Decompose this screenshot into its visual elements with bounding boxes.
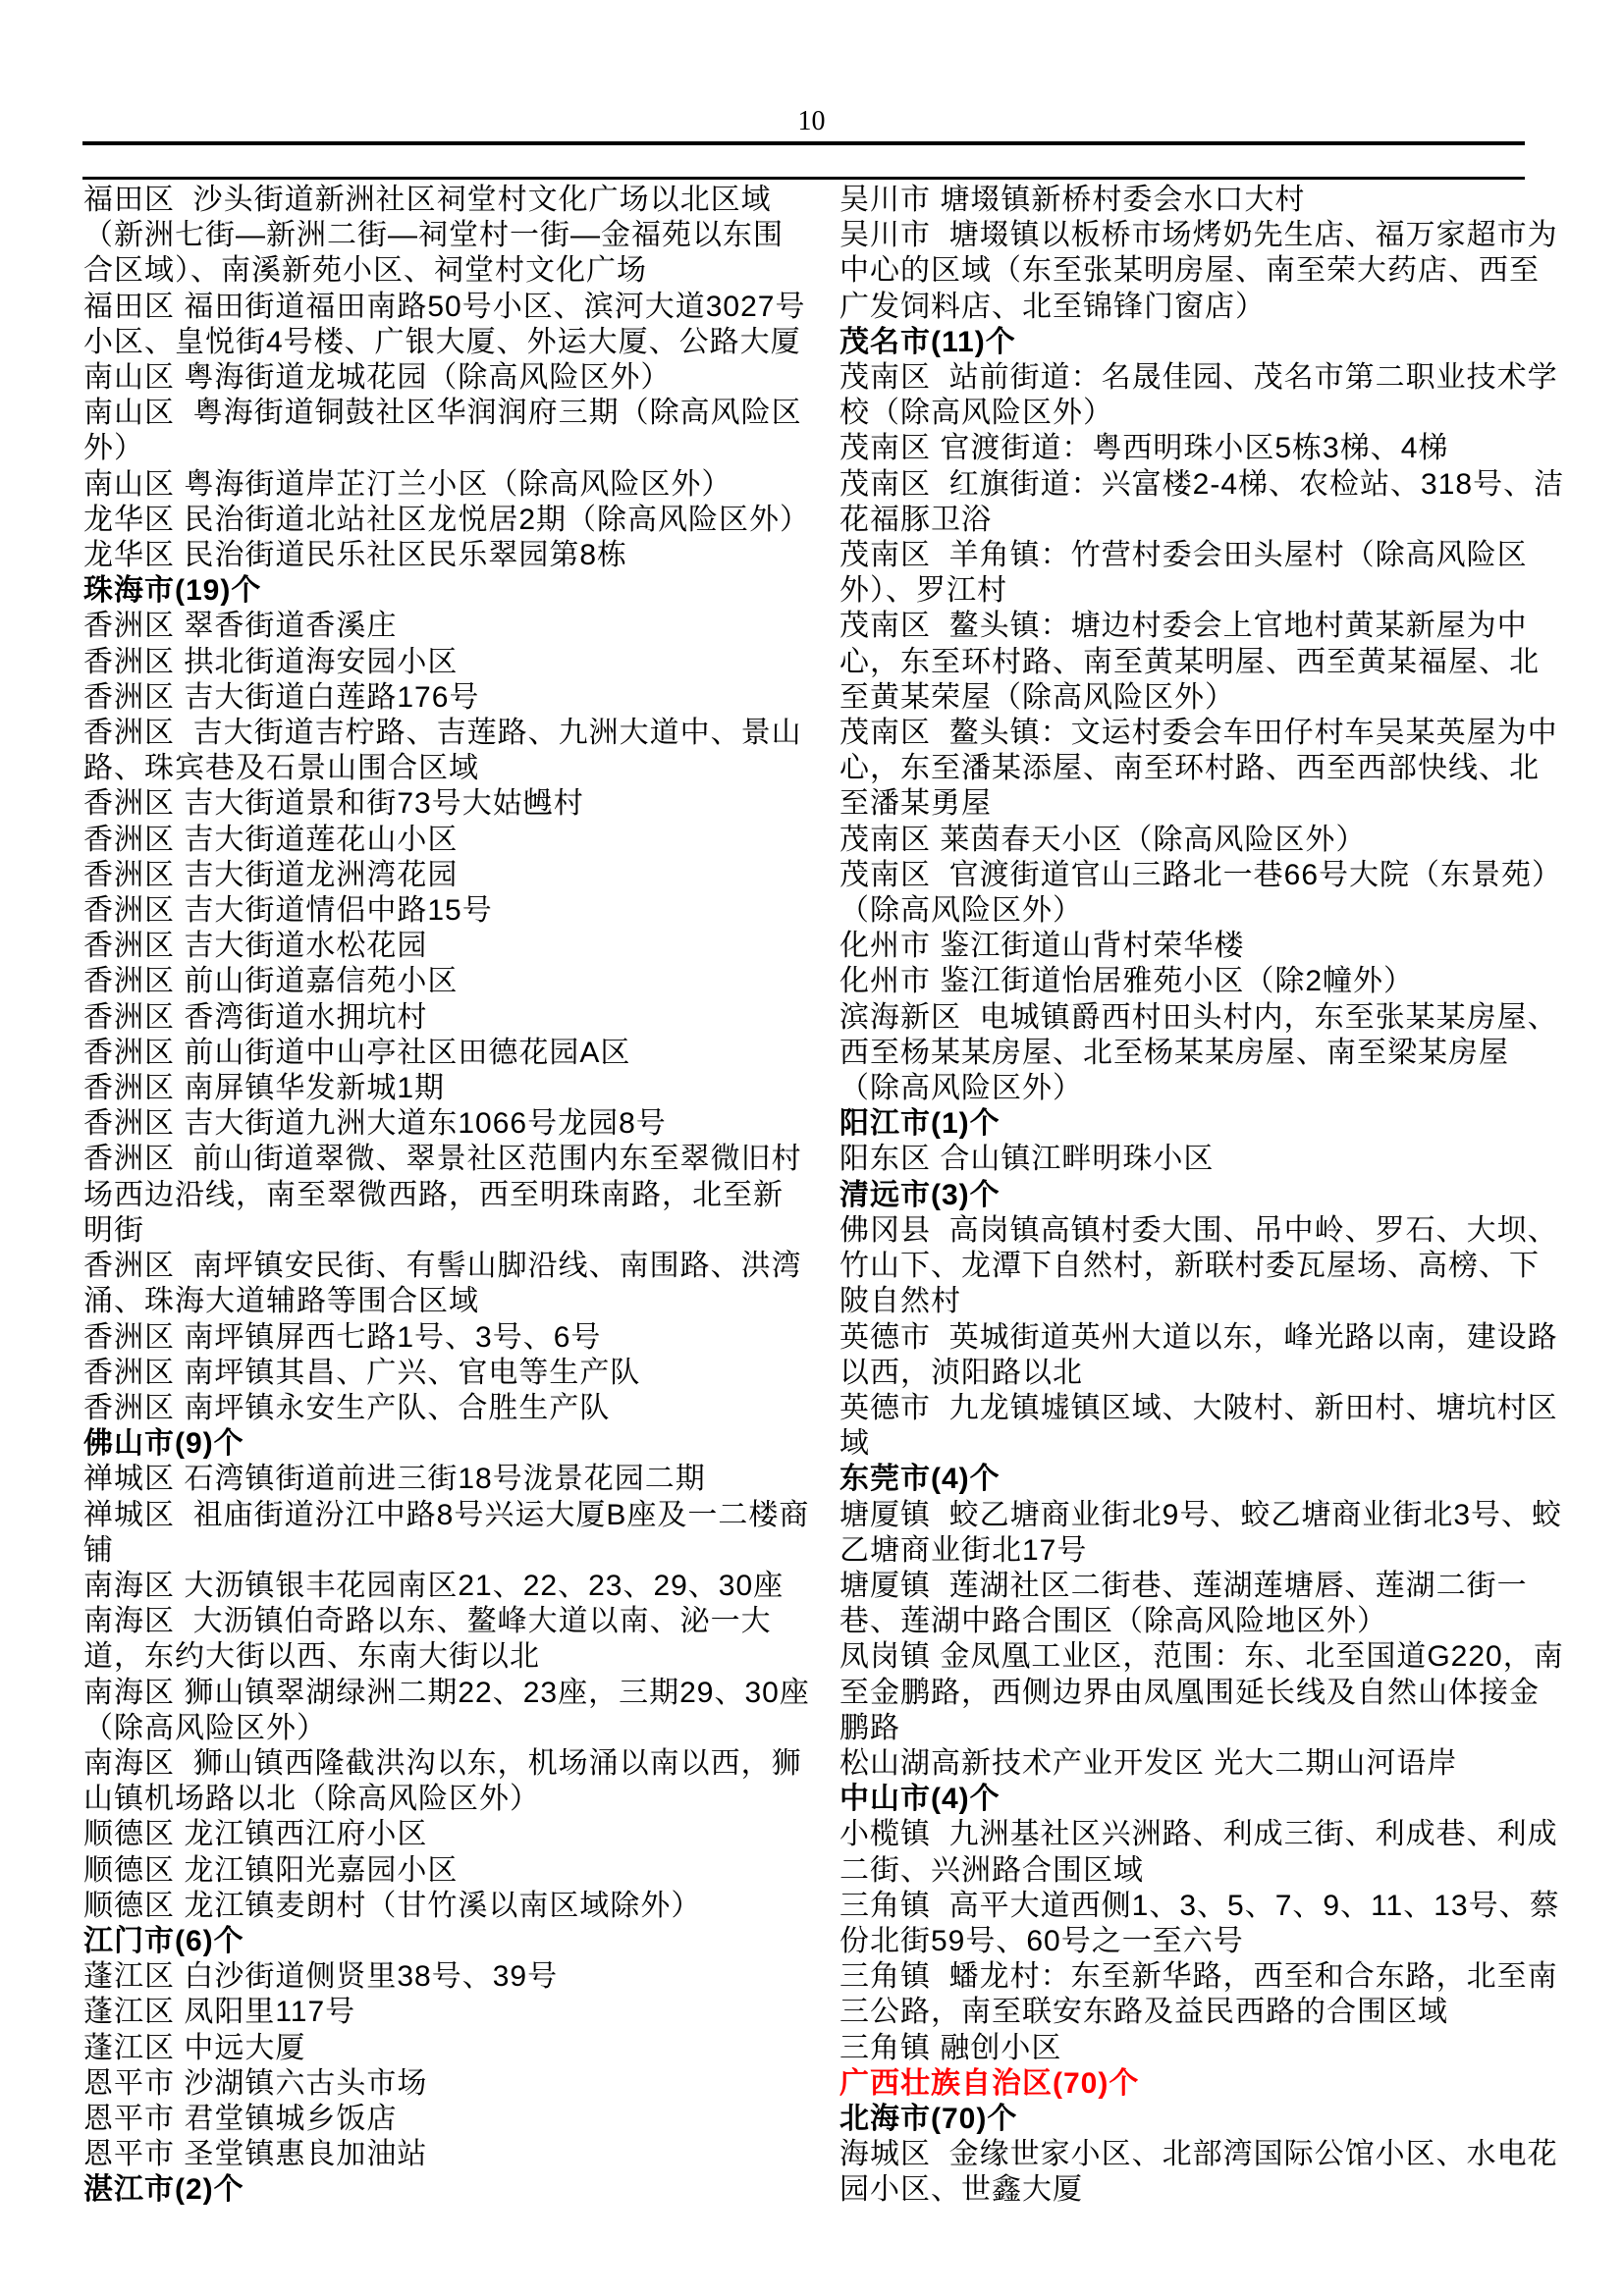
text-line: 南山区 粤海街道龙城花园（除高风险区外） [83, 360, 839, 396]
text-line: 明街 [83, 1213, 839, 1249]
text-line: 香洲区 吉大街道九洲大道东1066号龙园8号 [83, 1106, 839, 1142]
city-header-line: 茂名市(11)个 [839, 325, 1584, 360]
text-line: 茂南区 鳌头镇：文运村委会车田仔村车吴某英屋为中 [839, 716, 1584, 751]
text-line: 以西，浈阳路以北 [839, 1356, 1584, 1391]
text-line: 南海区 狮山镇翠湖绿洲二期22、23座，三期29、30座 [83, 1676, 839, 1711]
text-line: 场西边沿线，南至翠微西路，西至明珠南路，北至新 [83, 1178, 839, 1213]
province-header-line: 广西壮族自治区(70)个 [839, 2066, 1584, 2102]
text-line: 禅城区 祖庙街道汾江中路8号兴运大厦B座及一二楼商 [83, 1498, 839, 1533]
text-line: 香洲区 吉大街道吉柠路、吉莲路、九洲大道中、景山 [83, 716, 839, 751]
text-line: 香洲区 吉大街道水松花园 [83, 929, 839, 964]
text-line: 至金鹏路，西侧边界由凤凰围延长线及自然山体接金 [839, 1676, 1584, 1711]
text-line: 禅城区 石湾镇街道前进三街18号泷景花园二期 [83, 1462, 839, 1497]
text-line: 福田区 沙头街道新洲社区祠堂村文化广场以北区域 [83, 183, 839, 218]
text-line: 吴川市 塘㙍镇新桥村委会水口大村 [839, 183, 1584, 218]
text-line: 化州市 鉴江街道怡居雅苑小区（除2幢外） [839, 964, 1584, 999]
text-line: 香洲区 南屏镇华发新城1期 [83, 1071, 839, 1106]
text-line: 山镇机场路以北（除高风险区外） [83, 1782, 839, 1817]
right-column: 吴川市 塘㙍镇新桥村委会水口大村吴川市 塘㙍镇以板桥市场烤奶先生店、福万家超市为… [839, 183, 1584, 2209]
text-line: 恩平市 沙湖镇六古头市场 [83, 2066, 839, 2102]
header-rule-thin [82, 177, 1525, 180]
text-line: 福田区 福田街道福田南路50号小区、滨河大道3027号 [83, 290, 839, 325]
header-rule-thick [82, 141, 1525, 145]
text-line: 蓬江区 凤阳里117号 [83, 1995, 839, 2030]
city-header-line: 江门市(6)个 [83, 1924, 839, 1959]
text-line: 三角镇 融创小区 [839, 2031, 1584, 2066]
text-line: 中心的区域（东至张某明房屋、南至荣大药店、西至 [839, 253, 1584, 289]
text-line: （新洲七街—新洲二街—祠堂村一街—金福苑以东围 [83, 218, 839, 253]
text-line: 广发饲料店、北至锦锋门窗店） [839, 290, 1584, 325]
text-line: 香洲区 吉大街道白莲路176号 [83, 680, 839, 716]
text-line: 香洲区 香湾街道水拥坑村 [83, 1000, 839, 1036]
text-line: 茂南区 官渡街道：粤西明珠小区5栋3梯、4梯 [839, 431, 1584, 466]
text-line: 外）、罗江村 [839, 573, 1584, 609]
text-line: 外） [83, 431, 839, 466]
text-line: 凤岗镇 金凤凰工业区，范围：东、北至国道G220，南 [839, 1639, 1584, 1675]
text-line: 茂南区 站前街道：名晟佳园、茂名市第二职业技术学 [839, 360, 1584, 396]
text-line: （除高风险区外） [83, 1711, 839, 1746]
text-line: 涌、珠海大道辅路等围合区域 [83, 1284, 839, 1319]
text-line: 三角镇 高平大道西侧1、3、5、7、9、11、13号、蔡 [839, 1889, 1584, 1924]
left-column: 福田区 沙头街道新洲社区祠堂村文化广场以北区域（新洲七街—新洲二街—祠堂村一街—… [83, 183, 839, 2209]
text-line: 南海区 大沥镇银丰花园南区21、22、23、29、30座 [83, 1569, 839, 1604]
city-header-line: 中山市(4)个 [839, 1782, 1584, 1817]
text-line: 域 [839, 1426, 1584, 1462]
text-line: 松山湖高新技术产业开发区 光大二期山河语岸 [839, 1746, 1584, 1782]
page-number: 10 [0, 108, 1623, 135]
text-line: 二街、兴洲路合围区域 [839, 1853, 1584, 1889]
text-line: 吴川市 塘㙍镇以板桥市场烤奶先生店、福万家超市为 [839, 218, 1584, 253]
city-header-line: 珠海市(19)个 [83, 573, 839, 609]
text-line: 香洲区 南坪镇其昌、广兴、官电等生产队 [83, 1356, 839, 1391]
text-line: 南山区 粤海街道铜鼓社区华润润府三期（除高风险区 [83, 396, 839, 431]
text-line: 小榄镇 九洲基社区兴洲路、利成三街、利成巷、利成 [839, 1817, 1584, 1852]
text-line: 香洲区 南坪镇永安生产队、合胜生产队 [83, 1391, 839, 1426]
text-line: 茂南区 鳌头镇：塘边村委会上官地村黄某新屋为中 [839, 609, 1584, 644]
text-line: 海城区 金缘世家小区、北部湾国际公馆小区、水电花 [839, 2137, 1584, 2172]
text-line: 恩平市 圣堂镇惠良加油站 [83, 2137, 839, 2172]
text-line: 香洲区 南坪镇安民街、有髻山脚沿线、南围路、洪湾 [83, 1249, 839, 1284]
text-line: 塘厦镇 蛟乙塘商业街北9号、蛟乙塘商业街北3号、蛟 [839, 1498, 1584, 1533]
city-header-line: 湛江市(2)个 [83, 2172, 839, 2208]
city-header-line: 清远市(3)个 [839, 1178, 1584, 1213]
text-line: 份北街59号、60号之一至六号 [839, 1924, 1584, 1959]
text-line: 香洲区 前山街道中山亭社区田德花园A区 [83, 1036, 839, 1071]
text-line: 至黄某荣屋（除高风险区外） [839, 680, 1584, 716]
text-line: 合区域）、南溪新苑小区、祠堂村文化广场 [83, 253, 839, 289]
text-line: 香洲区 吉大街道情侣中路15号 [83, 893, 839, 929]
text-line: 南海区 大沥镇伯奇路以东、鳌峰大道以南、泌一大 [83, 1604, 839, 1639]
text-line: 陂自然村 [839, 1284, 1584, 1319]
text-line: 顺德区 龙江镇麦朗村（甘竹溪以南区域除外） [83, 1889, 839, 1924]
city-header-line: 北海市(70)个 [839, 2102, 1584, 2137]
text-line: 竹山下、龙潭下自然村，新联村委瓦屋场、高榜、下 [839, 1249, 1584, 1284]
text-line: 塘厦镇 莲湖社区二街巷、莲湖莲塘唇、莲湖二街一 [839, 1569, 1584, 1604]
text-line: 道，东约大街以西、东南大街以北 [83, 1639, 839, 1675]
two-column-body: 福田区 沙头街道新洲社区祠堂村文化广场以北区域（新洲七街—新洲二街—祠堂村一街—… [83, 183, 1586, 2209]
text-line: （除高风险区外） [839, 1071, 1584, 1106]
text-line: 香洲区 南坪镇屏西七路1号、3号、6号 [83, 1320, 839, 1356]
text-line: 香洲区 前山街道嘉信苑小区 [83, 964, 839, 999]
text-line: 顺德区 龙江镇阳光嘉园小区 [83, 1853, 839, 1889]
text-line: 香洲区 拱北街道海安园小区 [83, 645, 839, 680]
text-line: 铺 [83, 1533, 839, 1569]
text-line: 香洲区 吉大街道莲花山小区 [83, 823, 839, 858]
text-line: 滨海新区 电城镇爵西村田头村内，东至张某某房屋、 [839, 1000, 1584, 1036]
text-line: 英德市 英城街道英州大道以东，峰光路以南，建设路 [839, 1320, 1584, 1356]
text-line: 西至杨某某房屋、北至杨某某房屋、南至梁某房屋 [839, 1036, 1584, 1071]
text-line: 心，东至环村路、南至黄某明屋、西至黄某福屋、北 [839, 645, 1584, 680]
text-line: 乙塘商业街北17号 [839, 1533, 1584, 1569]
text-line: 至潘某勇屋 [839, 786, 1584, 822]
text-line: 茂南区 红旗街道：兴富楼2-4梯、农检站、318号、洁 [839, 467, 1584, 503]
text-line: 南海区 狮山镇西隆截洪沟以东，机场涌以南以西，狮 [83, 1746, 839, 1782]
text-line: 鹏路 [839, 1711, 1584, 1746]
text-line: 香洲区 吉大街道景和街73号大姑乸村 [83, 786, 839, 822]
text-line: 香洲区 吉大街道龙洲湾花园 [83, 858, 839, 893]
text-line: 茂南区 羊角镇：竹营村委会田头屋村（除高风险区 [839, 538, 1584, 573]
text-line: 三角镇 蟠龙村：东至新华路，西至和合东路，北至南 [839, 1959, 1584, 1995]
text-line: 蓬江区 白沙街道侧贤里38号、39号 [83, 1959, 839, 1995]
text-line: 园小区、世鑫大厦 [839, 2172, 1584, 2208]
text-line: 香洲区 前山街道翠微、翠景社区范围内东至翠微旧村 [83, 1142, 839, 1177]
city-header-line: 佛山市(9)个 [83, 1426, 839, 1462]
text-line: 龙华区 民治街道北站社区龙悦居2期（除高风险区外） [83, 503, 839, 538]
text-line: 香洲区 翠香街道香溪庄 [83, 609, 839, 644]
text-line: 恩平市 君堂镇城乡饭店 [83, 2102, 839, 2137]
text-line: 茂南区 莱茵春天小区（除高风险区外） [839, 823, 1584, 858]
city-header-line: 阳江市(1)个 [839, 1106, 1584, 1142]
text-line: 龙华区 民治街道民乐社区民乐翠园第8栋 [83, 538, 839, 573]
text-line: 茂南区 官渡街道官山三路北一巷66号大院（东景苑） [839, 858, 1584, 893]
text-line: 阳东区 合山镇江畔明珠小区 [839, 1142, 1584, 1177]
text-line: 佛冈县 高岗镇高镇村委大围、吊中岭、罗石、大坝、 [839, 1213, 1584, 1249]
text-line: 顺德区 龙江镇西江府小区 [83, 1817, 839, 1852]
city-header-line: 东莞市(4)个 [839, 1462, 1584, 1497]
text-line: （除高风险区外） [839, 893, 1584, 929]
text-line: 英德市 九龙镇墟镇区域、大陂村、新田村、塘坑村区 [839, 1391, 1584, 1426]
text-line: 路、珠宾巷及石景山围合区域 [83, 751, 839, 786]
text-line: 蓬江区 中远大厦 [83, 2031, 839, 2066]
text-line: 小区、皇悦街4号楼、广银大厦、外运大厦、公路大厦 [83, 325, 839, 360]
text-line: 化州市 鉴江街道山背村荣华楼 [839, 929, 1584, 964]
text-line: 校（除高风险区外） [839, 396, 1584, 431]
text-line: 三公路，南至联安东路及益民西路的合围区域 [839, 1995, 1584, 2030]
text-line: 巷、莲湖中路合围区（除高风险地区外） [839, 1604, 1584, 1639]
text-line: 心，东至潘某添屋、南至环村路、西至西部快线、北 [839, 751, 1584, 786]
text-line: 南山区 粤海街道岸芷汀兰小区（除高风险区外） [83, 467, 839, 503]
text-line: 花福豚卫浴 [839, 503, 1584, 538]
